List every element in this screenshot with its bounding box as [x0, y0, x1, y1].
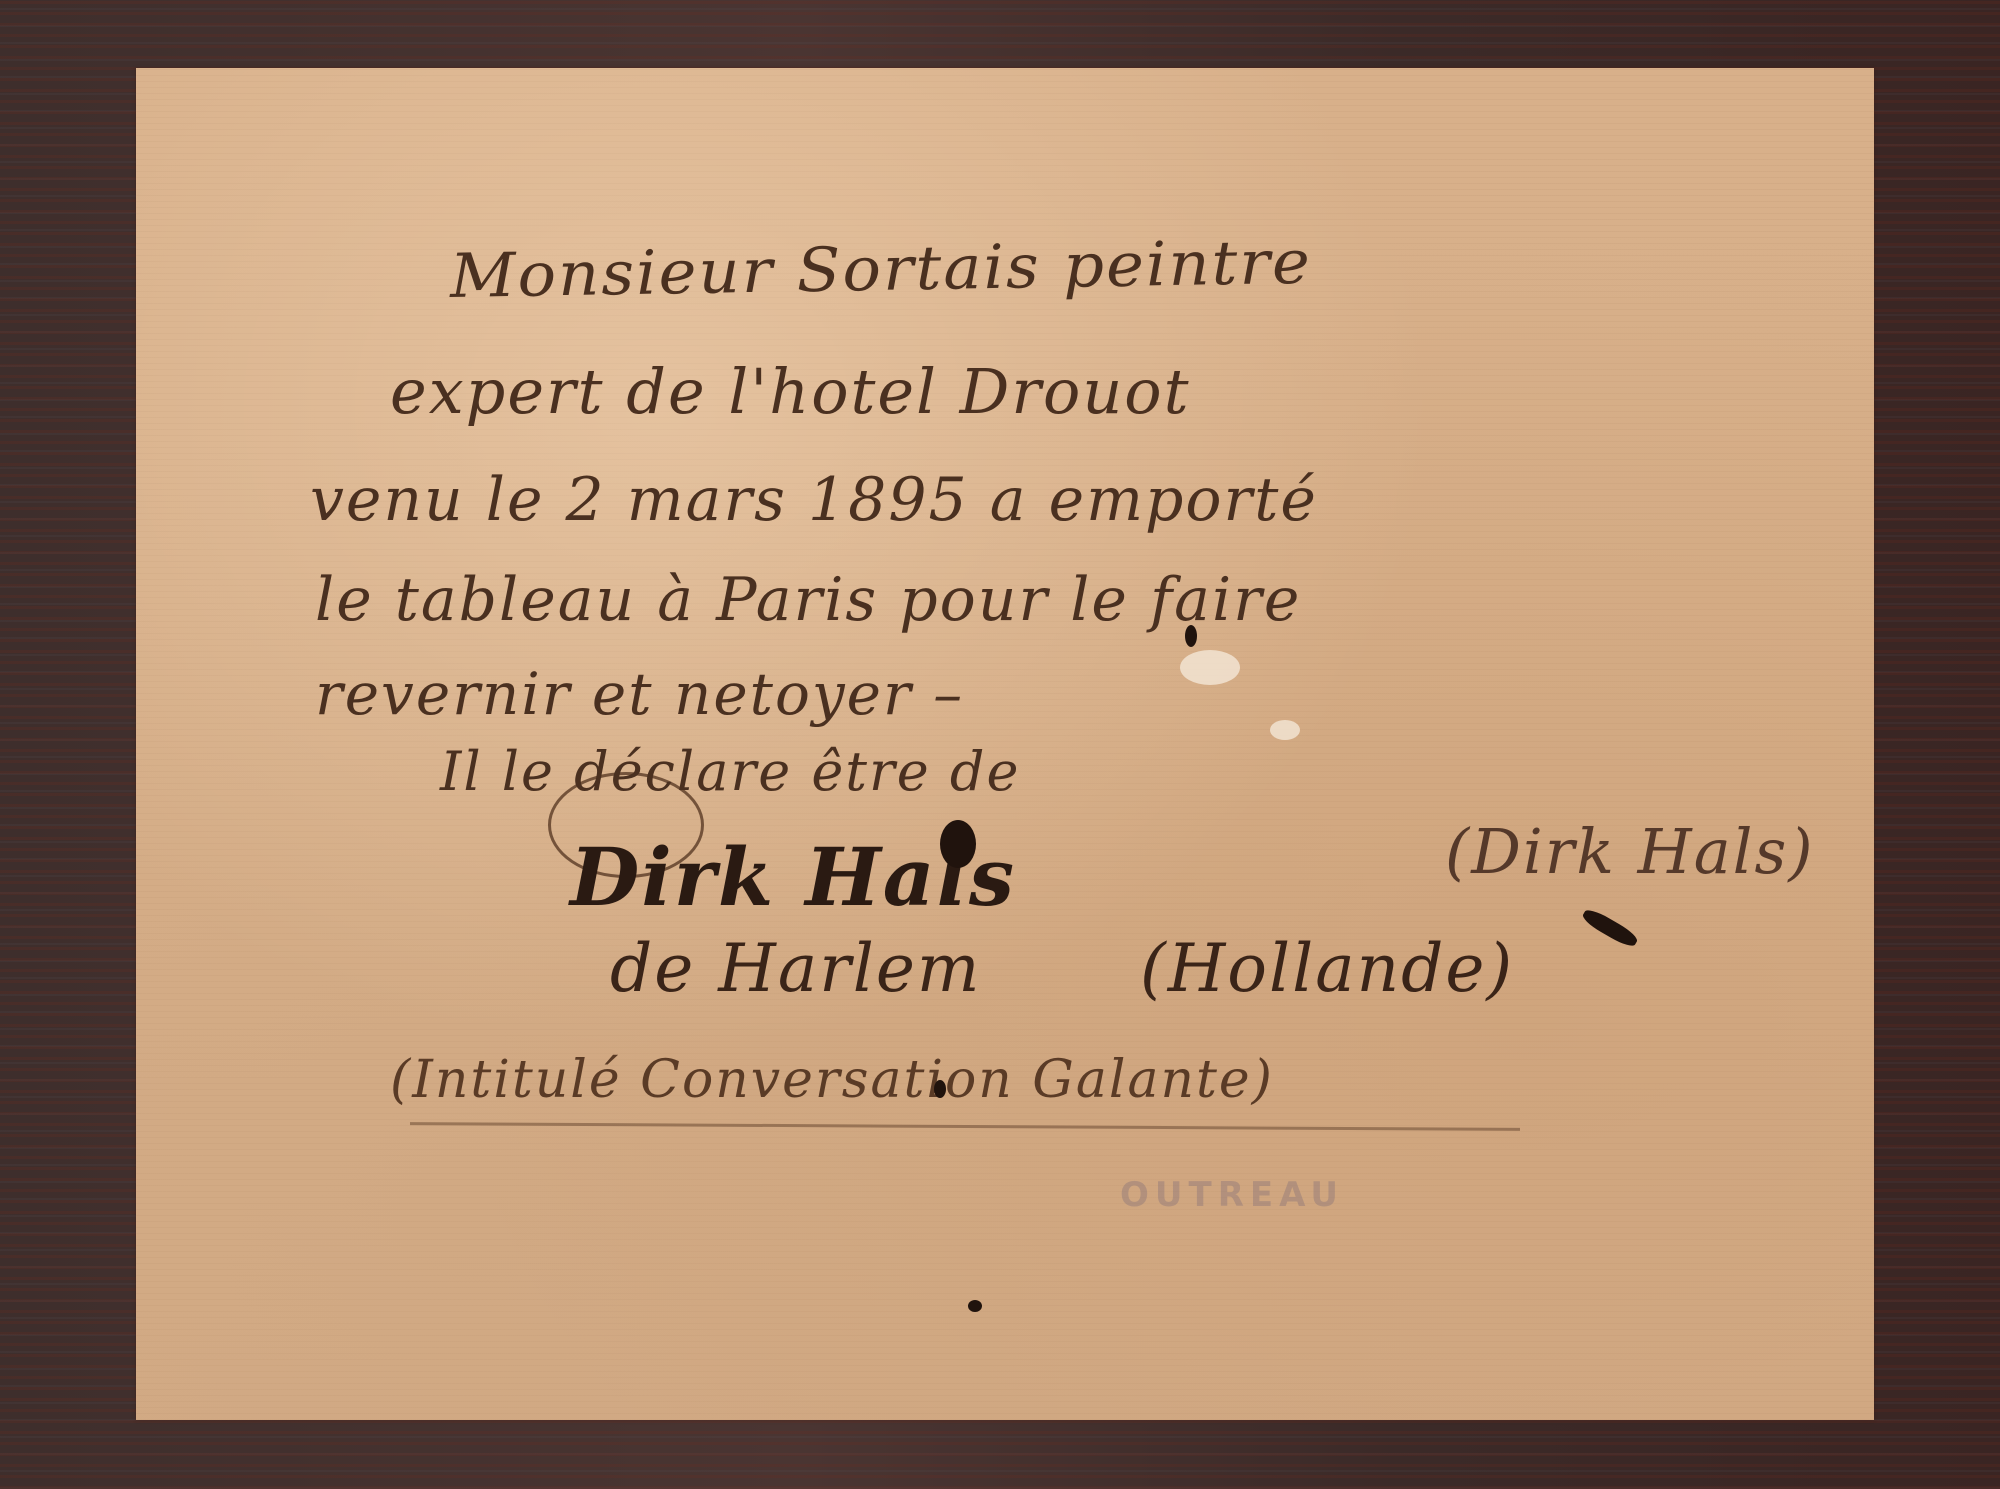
wooden-panel-background: Monsieur Sortais peintre expert de l'hot…: [0, 0, 2000, 1489]
artist-city: de Harlem: [610, 930, 982, 1007]
note-line-1: Monsieur Sortais peintre: [449, 228, 1312, 313]
artist-country: (Hollande): [1140, 930, 1514, 1007]
note-line-5: revernir et netoyer –: [315, 660, 964, 728]
faded-stamp: OUTREAU: [1120, 1175, 1344, 1215]
note-line-4: le tableau à Paris pour le faire: [315, 565, 1301, 635]
paper-damage: [1180, 650, 1240, 685]
note-line-2: expert de l'hotel Drouot: [390, 355, 1191, 428]
artist-name-annotation: (Dirk Hals): [1445, 815, 1815, 888]
paper-damage: [1270, 720, 1300, 740]
ink-spot: [1185, 625, 1197, 647]
ink-spot: [968, 1300, 982, 1312]
note-line-6: Il le déclare être de: [440, 740, 1020, 803]
note-line-3: venu le 2 mars 1895 a emporté: [310, 465, 1318, 535]
ink-blot: [940, 820, 976, 868]
painting-title: (Intitulé Conversation Galante): [390, 1050, 1274, 1110]
ink-spot: [934, 1080, 946, 1098]
